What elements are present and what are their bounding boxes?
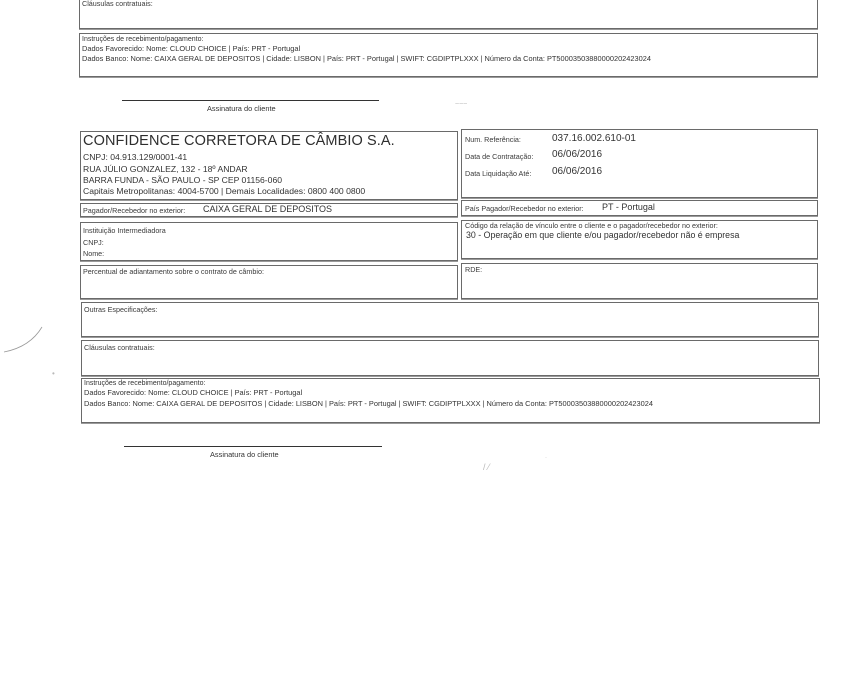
- settlement-date-label: Data Liquidação Até:: [465, 169, 531, 179]
- scan-artifact-curve: [0, 325, 45, 355]
- scan-speck: •: [52, 369, 55, 378]
- clauses-box: Cláusulas contratuais:: [81, 340, 819, 376]
- payer-country-label: País Pagador/Recebedor no exterior:: [465, 204, 584, 214]
- payer-label: Pagador/Recebedor no exterior:: [83, 206, 185, 216]
- company-phones: Capitais Metropolitanas: 4004-5700 | Dem…: [83, 186, 365, 198]
- relationship-code-value: 30 - Operação em que cliente e/ou pagado…: [466, 230, 739, 240]
- scan-speck: ·: [545, 455, 547, 461]
- rde-label: RDE:: [465, 265, 482, 275]
- other-specs-box: Outras Especificações:: [81, 302, 819, 337]
- company-header-box: CONFIDENCE CORRETORA DE CÂMBIO S.A. CNPJ…: [80, 131, 458, 200]
- signature-line-top: [122, 100, 379, 101]
- intermediary-name-label: Nome:: [83, 249, 104, 259]
- payer-value: CAIXA GERAL DE DEPOSITOS: [203, 204, 332, 214]
- contract-date-value: 06/06/2016: [552, 149, 602, 160]
- bank-line: Dados Banco: Nome: CAIXA GERAL DE DEPOSI…: [82, 54, 651, 65]
- advance-percent-box: Percentual de adiantamento sobre o contr…: [80, 265, 458, 299]
- intermediary-box: Instituição Intermediadora CNPJ: Nome:: [80, 222, 458, 261]
- company-name: CONFIDENCE CORRETORA DE CÂMBIO S.A.: [83, 133, 395, 150]
- signature-label: Assinatura do cliente: [210, 450, 279, 459]
- contract-date-label: Data de Contratação:: [465, 152, 533, 162]
- company-cnpj: CNPJ: 04.913.129/0001-41: [83, 152, 187, 164]
- payment-instructions-box: Instruções de recebimento/pagamento: Dad…: [81, 378, 820, 423]
- payer-country-value: PT - Portugal: [602, 202, 655, 212]
- clauses-box-top: Cláusulas contratuais:: [79, 0, 818, 29]
- intermediary-label: Instituição Intermediadora: [83, 226, 166, 236]
- payer-box: Pagador/Recebedor no exterior: CAIXA GER…: [80, 203, 458, 217]
- payer-country-box: País Pagador/Recebedor no exterior: PT -…: [461, 200, 818, 216]
- reference-box: Num. Referência: 037.16.002.610-01 Data …: [461, 129, 818, 198]
- ref-label: Num. Referência:: [465, 135, 521, 145]
- bank-line-2: Dados Banco: Nome: CAIXA GERAL DE DEPOSI…: [84, 399, 653, 410]
- rde-box: RDE:: [461, 263, 818, 299]
- scan-speck: ~~~: [455, 101, 467, 108]
- signature-line: [124, 446, 382, 447]
- beneficiary-line-2: Dados Favorecido: Nome: CLOUD CHOICE | P…: [84, 388, 302, 399]
- ref-value: 037.16.002.610-01: [552, 133, 636, 144]
- scan-speck: / ⁄: [483, 462, 490, 472]
- signature-label-top: Assinatura do cliente: [207, 104, 276, 113]
- settlement-date-value: 06/06/2016: [552, 166, 602, 177]
- clauses-label: Cláusulas contratuais:: [82, 0, 153, 9]
- payment-instructions-box-top: Instruções de recebimento/pagamento: Dad…: [79, 33, 818, 77]
- intermediary-cnpj-label: CNPJ:: [83, 238, 104, 248]
- beneficiary-line: Dados Favorecido: Nome: CLOUD CHOICE | P…: [82, 44, 300, 55]
- clauses-label-2: Cláusulas contratuais:: [84, 343, 155, 353]
- other-specs-label: Outras Especificações:: [84, 305, 158, 315]
- advance-percent-label: Percentual de adiantamento sobre o contr…: [83, 267, 264, 277]
- relationship-code-box: Código da relação de vínculo entre o cli…: [461, 220, 818, 259]
